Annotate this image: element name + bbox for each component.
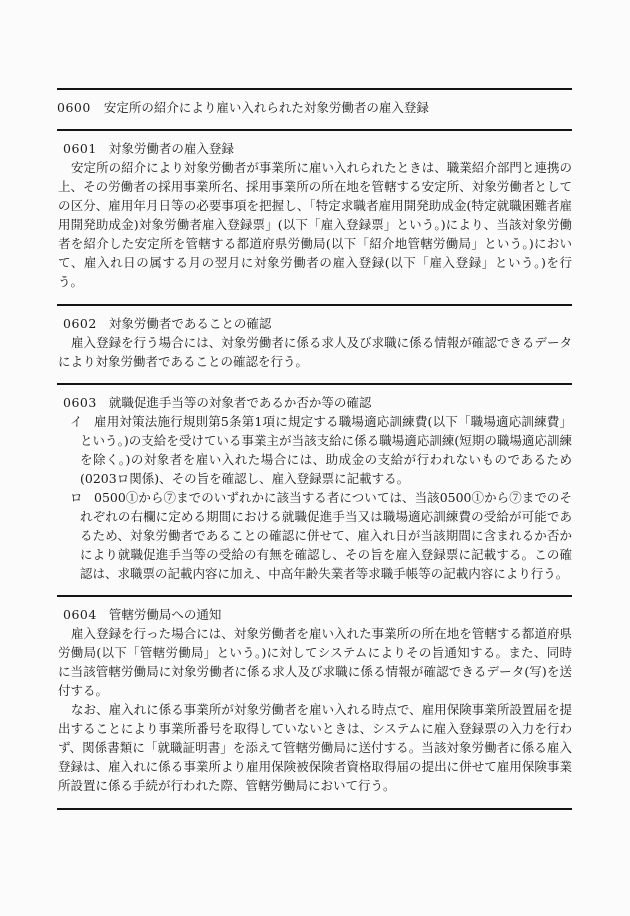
section-title: 対象労働者の雇入登録 bbox=[109, 141, 234, 156]
section-0602: 0602対象労働者であることの確認 雇入登録を行う場合には、対象労働者に係る求人… bbox=[57, 314, 572, 371]
section-title: 対象労働者であることの確認 bbox=[109, 316, 272, 331]
horizontal-rule bbox=[57, 383, 572, 385]
horizontal-rule bbox=[57, 88, 572, 90]
chapter-number: 0600 bbox=[57, 100, 91, 115]
section-paragraph: 雇入登録を行った場合には、対象労働者を雇い入れた事業所の所在地を管轄する都道府県… bbox=[57, 624, 572, 700]
document-page: 0600安定所の紹介により雇い入れられた対象労働者の雇入登録 0601対象労働者… bbox=[0, 0, 630, 916]
section-heading: 0603就職促進手当等の対象者であるか否か等の確認 bbox=[57, 393, 572, 412]
document-content: 0600安定所の紹介により雇い入れられた対象労働者の雇入登録 0601対象労働者… bbox=[0, 88, 630, 810]
horizontal-rule bbox=[57, 304, 572, 306]
horizontal-rule bbox=[57, 595, 572, 597]
section-paragraph: なお、雇入れに係る事業所が対象労働者を雇い入れる時点で、雇用保険事業所設置届を提… bbox=[57, 700, 572, 795]
section-number: 0604 bbox=[63, 607, 97, 622]
section-heading: 0601対象労働者の雇入登録 bbox=[57, 139, 572, 158]
horizontal-rule bbox=[57, 129, 572, 131]
section-number: 0601 bbox=[63, 141, 97, 156]
list-item-i: イ雇用対策法施行規則第5条第1項に規定する職場適応訓練費(以下「職場適応訓練費」… bbox=[80, 412, 572, 488]
list-item-text: 0500①から⑦までのいずれかに該当する者については、当該0500①から⑦までの… bbox=[80, 490, 572, 581]
section-number: 0602 bbox=[63, 316, 97, 331]
section-title: 管轄労働局への通知 bbox=[109, 607, 222, 622]
chapter-heading: 0600安定所の紹介により雇い入れられた対象労働者の雇入登録 bbox=[57, 98, 572, 117]
section-number: 0603 bbox=[63, 395, 97, 410]
section-heading: 0602対象労働者であることの確認 bbox=[57, 314, 572, 333]
section-paragraph: 安定所の紹介により対象労働者が事業所に雇い入れられたときは、職業紹介部門と連携の… bbox=[57, 158, 572, 291]
section-0603: 0603就職促進手当等の対象者であるか否か等の確認 イ雇用対策法施行規則第5条第… bbox=[57, 393, 572, 583]
section-paragraph: 雇入登録を行う場合には、対象労働者に係る求人及び求職に係る情報が確認できるデータ… bbox=[57, 333, 572, 371]
list-marker: ロ bbox=[70, 488, 83, 507]
section-0601: 0601対象労働者の雇入登録 安定所の紹介により対象労働者が事業所に雇い入れられ… bbox=[57, 139, 572, 291]
list-item-text: 雇用対策法施行規則第5条第1項に規定する職場適応訓練費(以下「職場適応訓練費」と… bbox=[80, 414, 572, 486]
section-heading: 0604管轄労働局への通知 bbox=[57, 605, 572, 624]
chapter-title: 安定所の紹介により雇い入れられた対象労働者の雇入登録 bbox=[104, 100, 429, 115]
list-item-ro: ロ0500①から⑦までのいずれかに該当する者については、当該0500①から⑦まで… bbox=[80, 488, 572, 583]
kana-list: イ雇用対策法施行規則第5条第1項に規定する職場適応訓練費(以下「職場適応訓練費」… bbox=[57, 412, 572, 583]
horizontal-rule bbox=[57, 808, 572, 810]
list-marker: イ bbox=[70, 412, 83, 431]
section-title: 就職促進手当等の対象者であるか否か等の確認 bbox=[109, 395, 372, 410]
section-0604: 0604管轄労働局への通知 雇入登録を行った場合には、対象労働者を雇い入れた事業… bbox=[57, 605, 572, 795]
